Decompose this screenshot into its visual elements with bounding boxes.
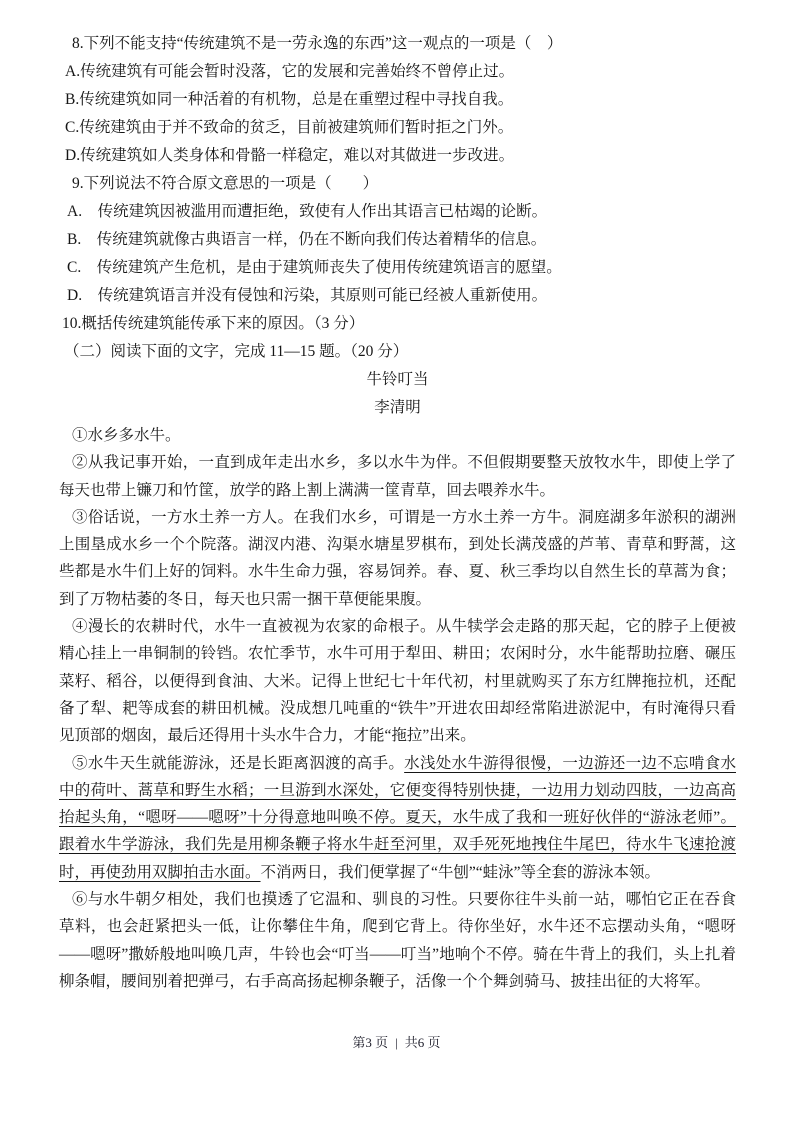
exam-page: 8.下列不能支持“传统建筑不是一劳永逸的东西”这一观点的一项是（ ） A.传统建…	[0, 0, 793, 1122]
passage-paragraph-5: ⑤水牛天生就能游泳，还是长距离泅渡的高手。水浅处水牛游得很慢，一边游还一边不忘啃…	[59, 750, 736, 886]
question-9-option-a: A. 传统建筑因被滥用而遭拒绝，致使有人作出其语言已枯竭的论断。	[59, 198, 736, 226]
question-9-option-c: C. 传统建筑产生危机，是由于建筑师丧失了使用传统建筑语言的愿望。	[59, 254, 736, 282]
paragraph-5-underlined-passage: 水浅处水牛游得很慢，一边游还一边不忘啃食水中的荷叶、蒿草和野生水稻；一旦游到水深…	[59, 755, 736, 881]
passage-paragraph-1: ①水乡多水牛。	[59, 422, 736, 449]
paragraph-5-tail-text: 不消两日，我们便掌握了“牛刨”“蛙泳”等全套的游泳本领。	[261, 864, 661, 881]
question-9-stem: 9.下列说法不符合原文意思的一项是（ ）	[59, 170, 736, 198]
question-8-option-a: A.传统建筑有可能会暂时没落，它的发展和完善始终不曾停止过。	[59, 58, 736, 86]
passage-title: 牛铃叮当	[59, 366, 736, 394]
page-total-label: 共6 页	[405, 1035, 441, 1050]
footer-separator: |	[395, 1035, 398, 1051]
paragraph-5-lead-text: ⑤水牛天生就能游泳，还是长距离泅渡的高手。	[72, 755, 404, 772]
question-9-option-d: D. 传统建筑语言并没有侵蚀和污染，其原则可能已经被人重新使用。	[59, 282, 736, 310]
question-8-option-d: D.传统建筑如人类身体和骨骼一样稳定，难以对其做进一步改进。	[59, 142, 736, 170]
section-two-intro: （二）阅读下面的文字，完成 11—15 题。（20 分）	[59, 338, 736, 366]
question-8-stem: 8.下列不能支持“传统建筑不是一劳永逸的东西”这一观点的一项是（ ）	[59, 30, 736, 58]
question-10-stem: 10.概括传统建筑能传承下来的原因。（3 分）	[59, 310, 736, 338]
page-number-label: 第3 页	[352, 1035, 388, 1050]
passage-paragraph-4: ④漫长的农耕时代，水牛一直被视为农家的命根子。从牛犊学会走路的那天起，它的脖子上…	[59, 613, 736, 749]
page-footer: 第3 页|共6 页	[0, 1032, 793, 1051]
passage-paragraph-6: ⑥与水牛朝夕相处，我们也摸透了它温和、驯良的习性。只要你往牛头前一站，哪怕它正在…	[59, 886, 736, 995]
passage-paragraph-3: ③俗话说，一方水土养一方人。在我们水乡，可谓是一方水土养一方牛。洞庭湖多年淤积的…	[59, 504, 736, 613]
passage-paragraph-2: ②从我记事开始，一直到成年走出水乡，多以水牛为伴。不但假期要整天放牧水牛，即使上…	[59, 449, 736, 504]
question-8-option-b: B.传统建筑如同一种活着的有机物，总是在重塑过程中寻找自我。	[59, 86, 736, 114]
passage-author: 李清明	[59, 394, 736, 422]
question-9-option-b: B. 传统建筑就像古典语言一样，仍在不断向我们传达着精华的信息。	[59, 226, 736, 254]
question-8-option-c: C.传统建筑由于并不致命的贫乏，目前被建筑师们暂时拒之门外。	[59, 114, 736, 142]
